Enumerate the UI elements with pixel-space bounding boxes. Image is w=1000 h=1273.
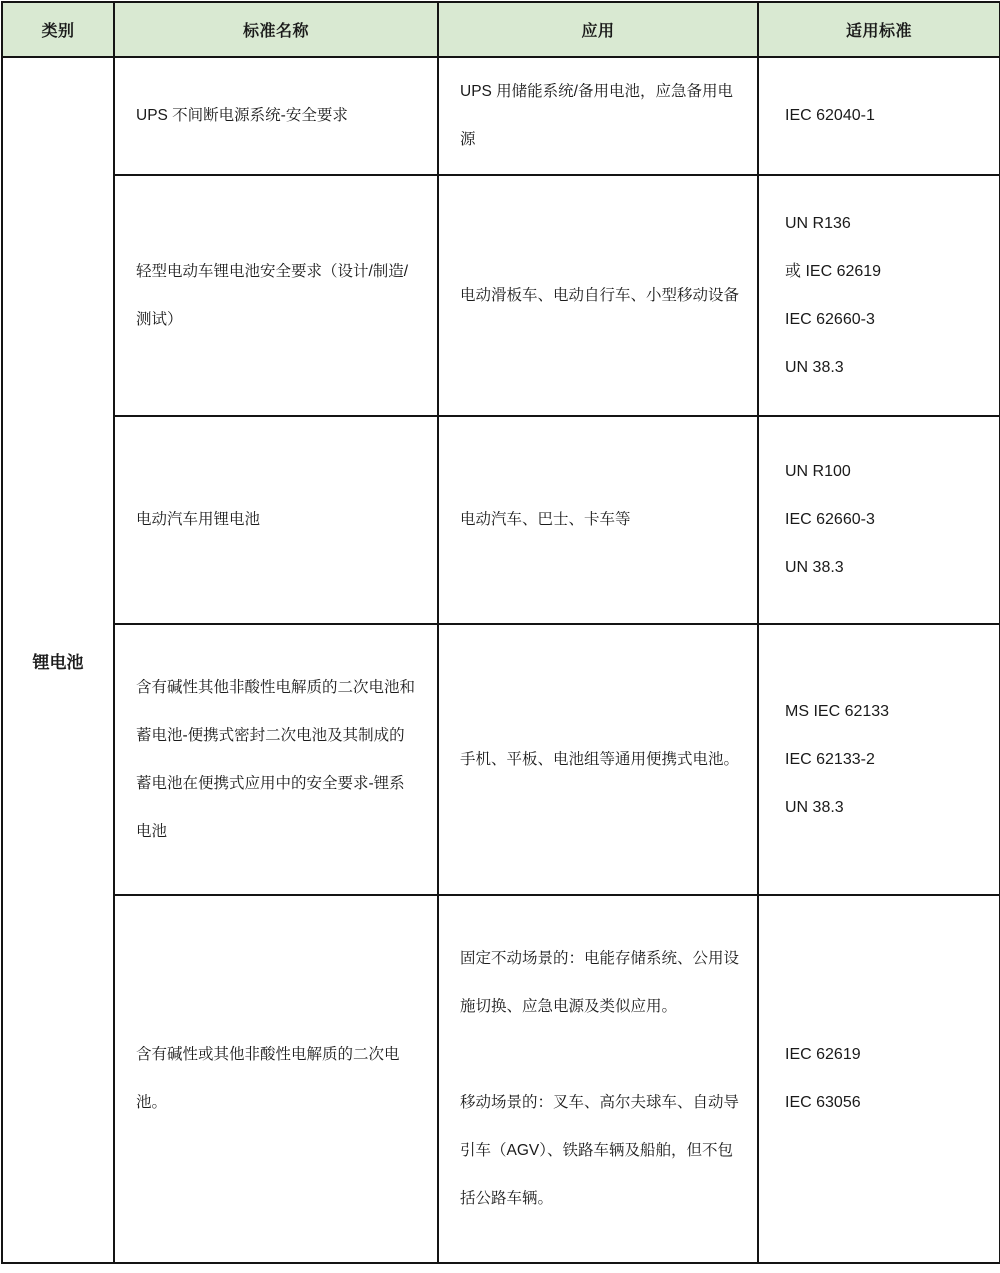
- standard-name-cell: UPS 不间断电源系统-安全要求: [114, 57, 438, 175]
- standard-name-text: 含有碱性或其他非酸性电解质的二次电池。: [136, 1031, 419, 1127]
- standard-name-text: 电动汽车用锂电池: [136, 496, 419, 544]
- standard-name-text: UPS 不间断电源系统-安全要求: [136, 92, 419, 140]
- standard-name-text: 轻型电动车锂电池安全要求（设计/制造/测试）: [136, 248, 419, 344]
- standard-name-cell: 含有碱性其他非酸性电解质的二次电池和蓄电池-便携式密封二次电池及其制成的蓄电池在…: [114, 624, 438, 895]
- application-cell: 固定不动场景的：电能存储系统、公用设施切换、应急电源及类似应用。 移动场景的：叉…: [438, 895, 758, 1263]
- table-header-row: 类别 标准名称 应用 适用标准: [2, 2, 1000, 57]
- application-cell: 电动汽车、巴士、卡车等: [438, 416, 758, 624]
- standard-item: IEC 62660-3: [785, 296, 989, 344]
- table-row: 含有碱性其他非酸性电解质的二次电池和蓄电池-便携式密封二次电池及其制成的蓄电池在…: [2, 624, 1000, 895]
- standard-item: UN 38.3: [785, 344, 989, 392]
- application-text: 移动场景的：叉车、高尔夫球车、自动导引车（AGV）、铁路车辆及船舶，但不包括公路…: [460, 1079, 739, 1223]
- table-row: 轻型电动车锂电池安全要求（设计/制造/测试） 电动滑板车、电动自行车、小型移动设…: [2, 175, 1000, 416]
- table-row: 锂电池 UPS 不间断电源系统-安全要求 UPS 用储能系统/备用电池，应急备用…: [2, 57, 1000, 175]
- battery-standards-page: 类别 标准名称 应用 适用标准 锂电池 UPS 不间断电源系统-安全要求 UPS…: [0, 0, 1000, 1273]
- battery-standards-table: 类别 标准名称 应用 适用标准 锂电池 UPS 不间断电源系统-安全要求 UPS…: [1, 1, 1000, 1264]
- standard-name-cell: 含有碱性或其他非酸性电解质的二次电池。: [114, 895, 438, 1263]
- standard-item: IEC 63056: [785, 1079, 989, 1127]
- standard-item: 或 IEC 62619: [785, 248, 989, 296]
- header-applicable-standard: 适用标准: [758, 2, 1000, 57]
- standard-item: IEC 62133-2: [785, 736, 989, 784]
- standard-name-cell: 轻型电动车锂电池安全要求（设计/制造/测试）: [114, 175, 438, 416]
- header-category: 类别: [2, 2, 114, 57]
- standard-name-text: 含有碱性其他非酸性电解质的二次电池和蓄电池-便携式密封二次电池及其制成的蓄电池在…: [136, 664, 419, 856]
- applicable-standards-cell: UN R100 IEC 62660-3 UN 38.3: [758, 416, 1000, 624]
- applicable-standards-cell: IEC 62619 IEC 63056: [758, 895, 1000, 1263]
- standard-item: IEC 62660-3: [785, 496, 989, 544]
- standard-item: UN 38.3: [785, 544, 989, 592]
- standard-item: UN R100: [785, 448, 989, 496]
- applicable-standards-cell: IEC 62040-1: [758, 57, 1000, 175]
- standard-item: IEC 62619: [785, 1031, 989, 1079]
- application-cell: 手机、平板、电池组等通用便携式电池。: [438, 624, 758, 895]
- application-text: 电动汽车、巴士、卡车等: [460, 496, 739, 544]
- table-row: 电动汽车用锂电池 电动汽车、巴士、卡车等 UN R100 IEC 62660-3…: [2, 416, 1000, 624]
- table-row: 含有碱性或其他非酸性电解质的二次电池。 固定不动场景的：电能存储系统、公用设施切…: [2, 895, 1000, 1263]
- standard-item: UN 38.3: [785, 784, 989, 832]
- header-application: 应用: [438, 2, 758, 57]
- application-cell: 电动滑板车、电动自行车、小型移动设备: [438, 175, 758, 416]
- application-cell: UPS 用储能系统/备用电池，应急备用电源: [438, 57, 758, 175]
- category-cell: 锂电池: [2, 57, 114, 1263]
- standard-item: IEC 62040-1: [785, 92, 989, 140]
- applicable-standards-cell: UN R136 或 IEC 62619 IEC 62660-3 UN 38.3: [758, 175, 1000, 416]
- applicable-standards-cell: MS IEC 62133 IEC 62133-2 UN 38.3: [758, 624, 1000, 895]
- standard-item: MS IEC 62133: [785, 688, 989, 736]
- standard-item: UN R136: [785, 200, 989, 248]
- application-text: 电动滑板车、电动自行车、小型移动设备: [460, 272, 739, 320]
- application-text: 手机、平板、电池组等通用便携式电池。: [460, 736, 739, 784]
- header-standard-name: 标准名称: [114, 2, 438, 57]
- application-text: 固定不动场景的：电能存储系统、公用设施切换、应急电源及类似应用。: [460, 935, 739, 1031]
- standard-name-cell: 电动汽车用锂电池: [114, 416, 438, 624]
- application-text: UPS 用储能系统/备用电池，应急备用电源: [460, 68, 739, 164]
